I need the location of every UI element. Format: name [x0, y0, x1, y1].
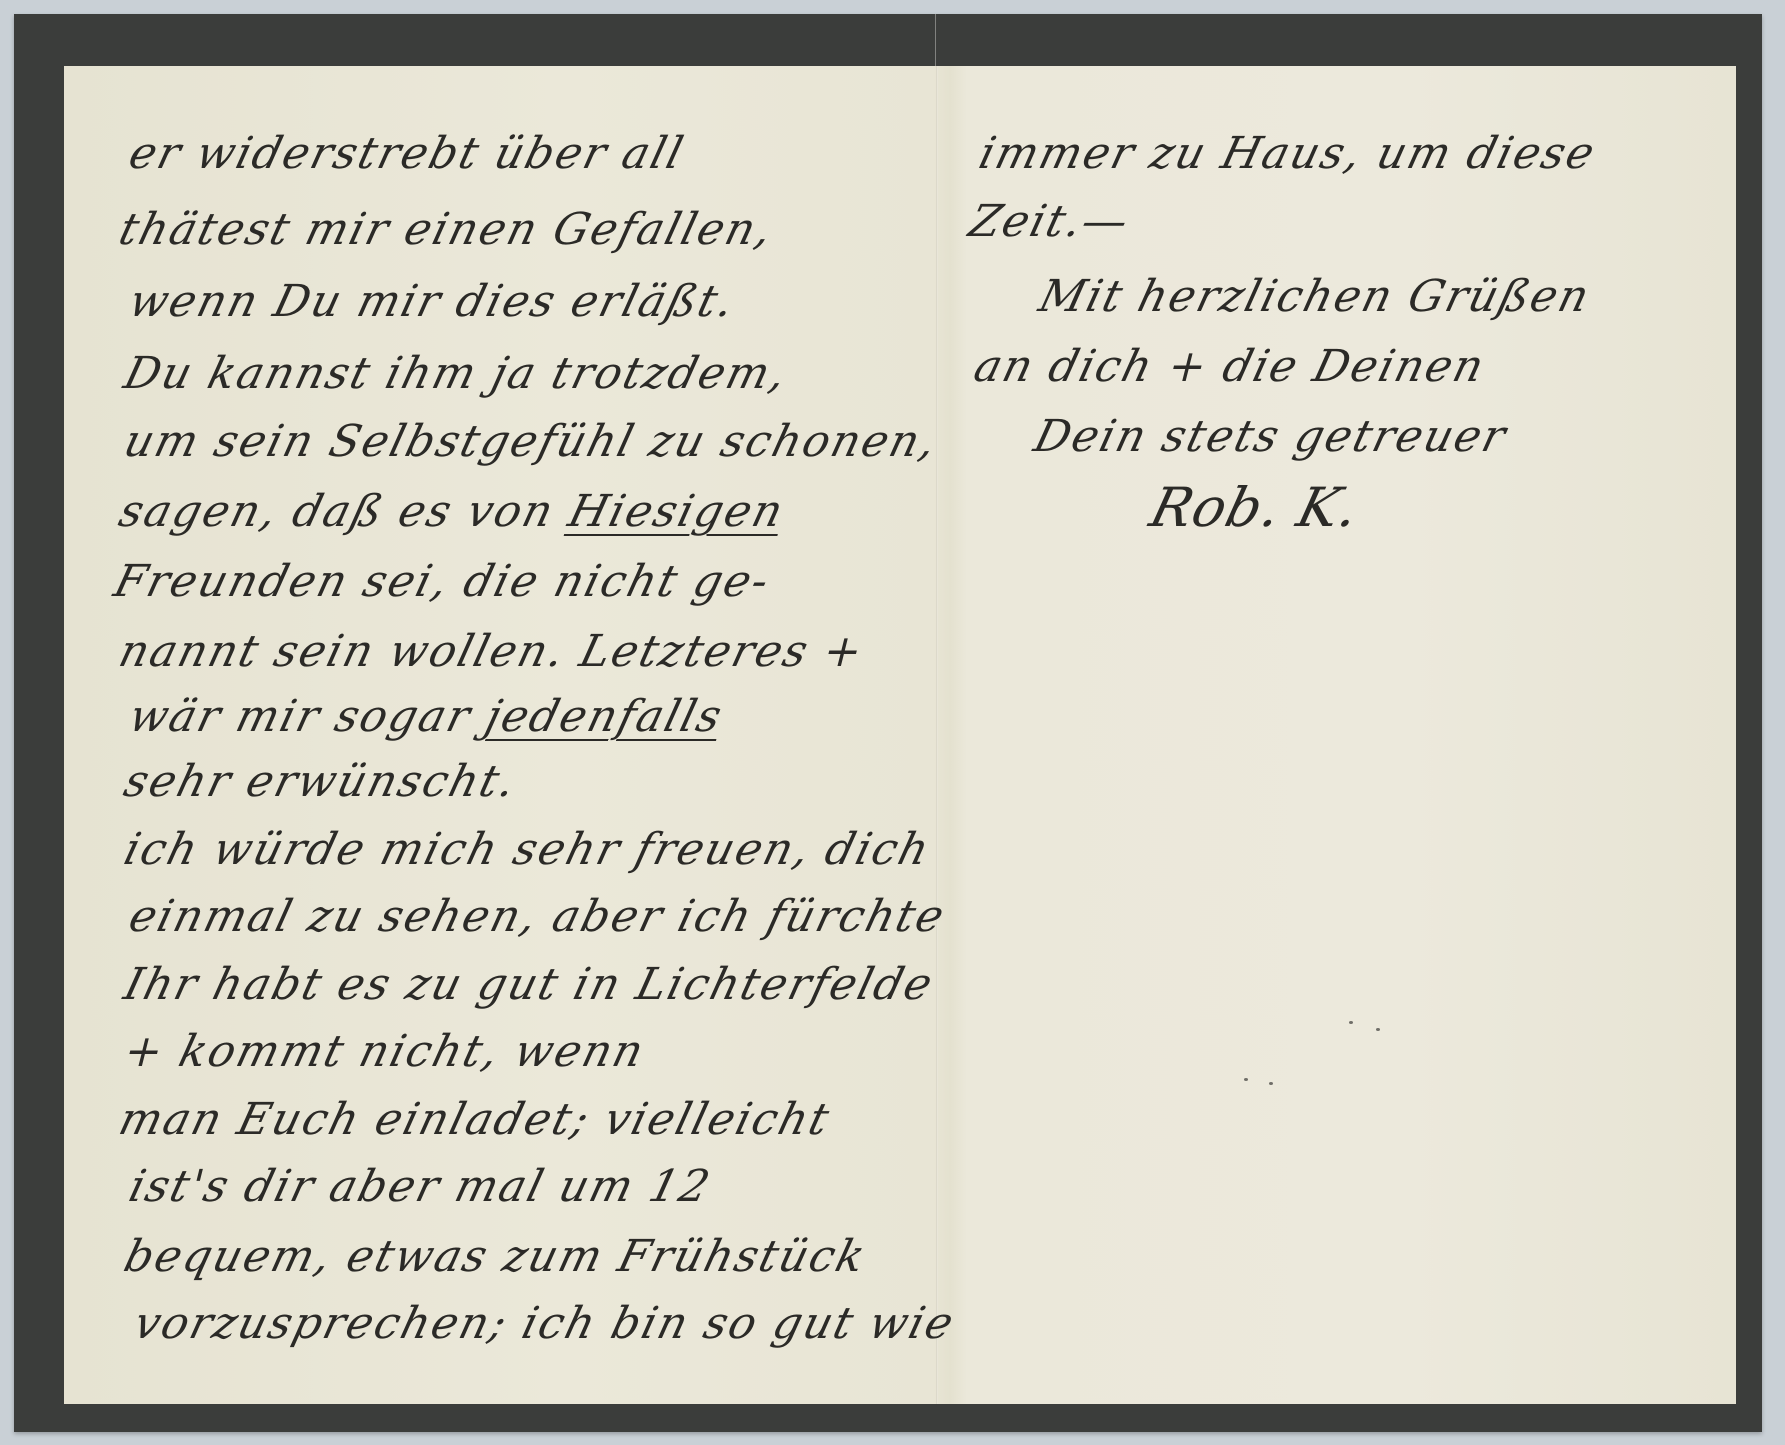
ink-speck	[1376, 1028, 1380, 1031]
right-line-5: Dein stets getreuer	[1029, 411, 1512, 462]
border-fold-crease	[935, 14, 936, 66]
left-line-1: er widerstrebt über all	[124, 128, 690, 179]
left-line-13: Ihr habt es zu gut in Lichterfelde	[119, 959, 939, 1010]
left-line-3: wenn Du mir dies erläßt.	[124, 276, 741, 327]
right-line-4: an dich + die Deinen	[969, 341, 1491, 392]
left-line-18: vorzusprechen; ich bin so gut wie	[129, 1298, 960, 1349]
left-line-16: ist's dir aber mal um 12	[124, 1161, 716, 1212]
left-line-2: thätest mir einen Gefallen,	[114, 204, 779, 255]
right-line-1: immer zu Haus, um diese	[974, 128, 1601, 179]
right-line-3: Mit herzlichen Grüßen	[1034, 271, 1596, 322]
ink-speck	[1269, 1082, 1273, 1085]
ink-speck	[1244, 1078, 1248, 1081]
left-line-11: ich würde mich sehr freuen, dich	[119, 824, 936, 875]
center-fold	[936, 66, 938, 1404]
left-line-7: Freunden sei, die nicht ge-	[109, 556, 776, 607]
left-line-6-text: sagen, daß es von	[114, 486, 560, 537]
left-line-15: man Euch einladet; vielleicht	[114, 1094, 836, 1145]
letter-sheet: er widerstrebt über all thätest mir eine…	[14, 14, 1762, 1432]
right-line-2: Zeit.—	[964, 196, 1135, 247]
left-line-6: sagen, daß es von Hiesigen	[114, 486, 790, 537]
left-line-14: + kommt nicht, wenn	[119, 1026, 650, 1077]
left-line-5: um sein Selbstgefühl zu schonen,	[119, 416, 943, 467]
left-line-8: nannt sein wollen. Letzteres +	[114, 626, 870, 677]
underlined-word-hiesigen: Hiesigen	[563, 486, 789, 537]
ink-speck	[1349, 1021, 1353, 1024]
letter-paper: er widerstrebt über all thätest mir eine…	[64, 66, 1736, 1404]
left-line-17: bequem, etwas zum Frühstück	[119, 1231, 872, 1282]
left-line-9: wär mir sogar jedenfalls	[124, 691, 728, 742]
left-line-10: sehr erwünscht.	[119, 756, 522, 807]
signature: Rob. K.	[1144, 476, 1366, 539]
underlined-word-jedenfalls: jedenfalls	[480, 691, 728, 742]
left-line-4: Du kannst ihm ja trotzdem,	[119, 348, 793, 399]
left-line-9-text: wär mir sogar	[124, 691, 477, 742]
left-line-12: einmal zu sehen, aber ich fürchte	[124, 891, 951, 942]
